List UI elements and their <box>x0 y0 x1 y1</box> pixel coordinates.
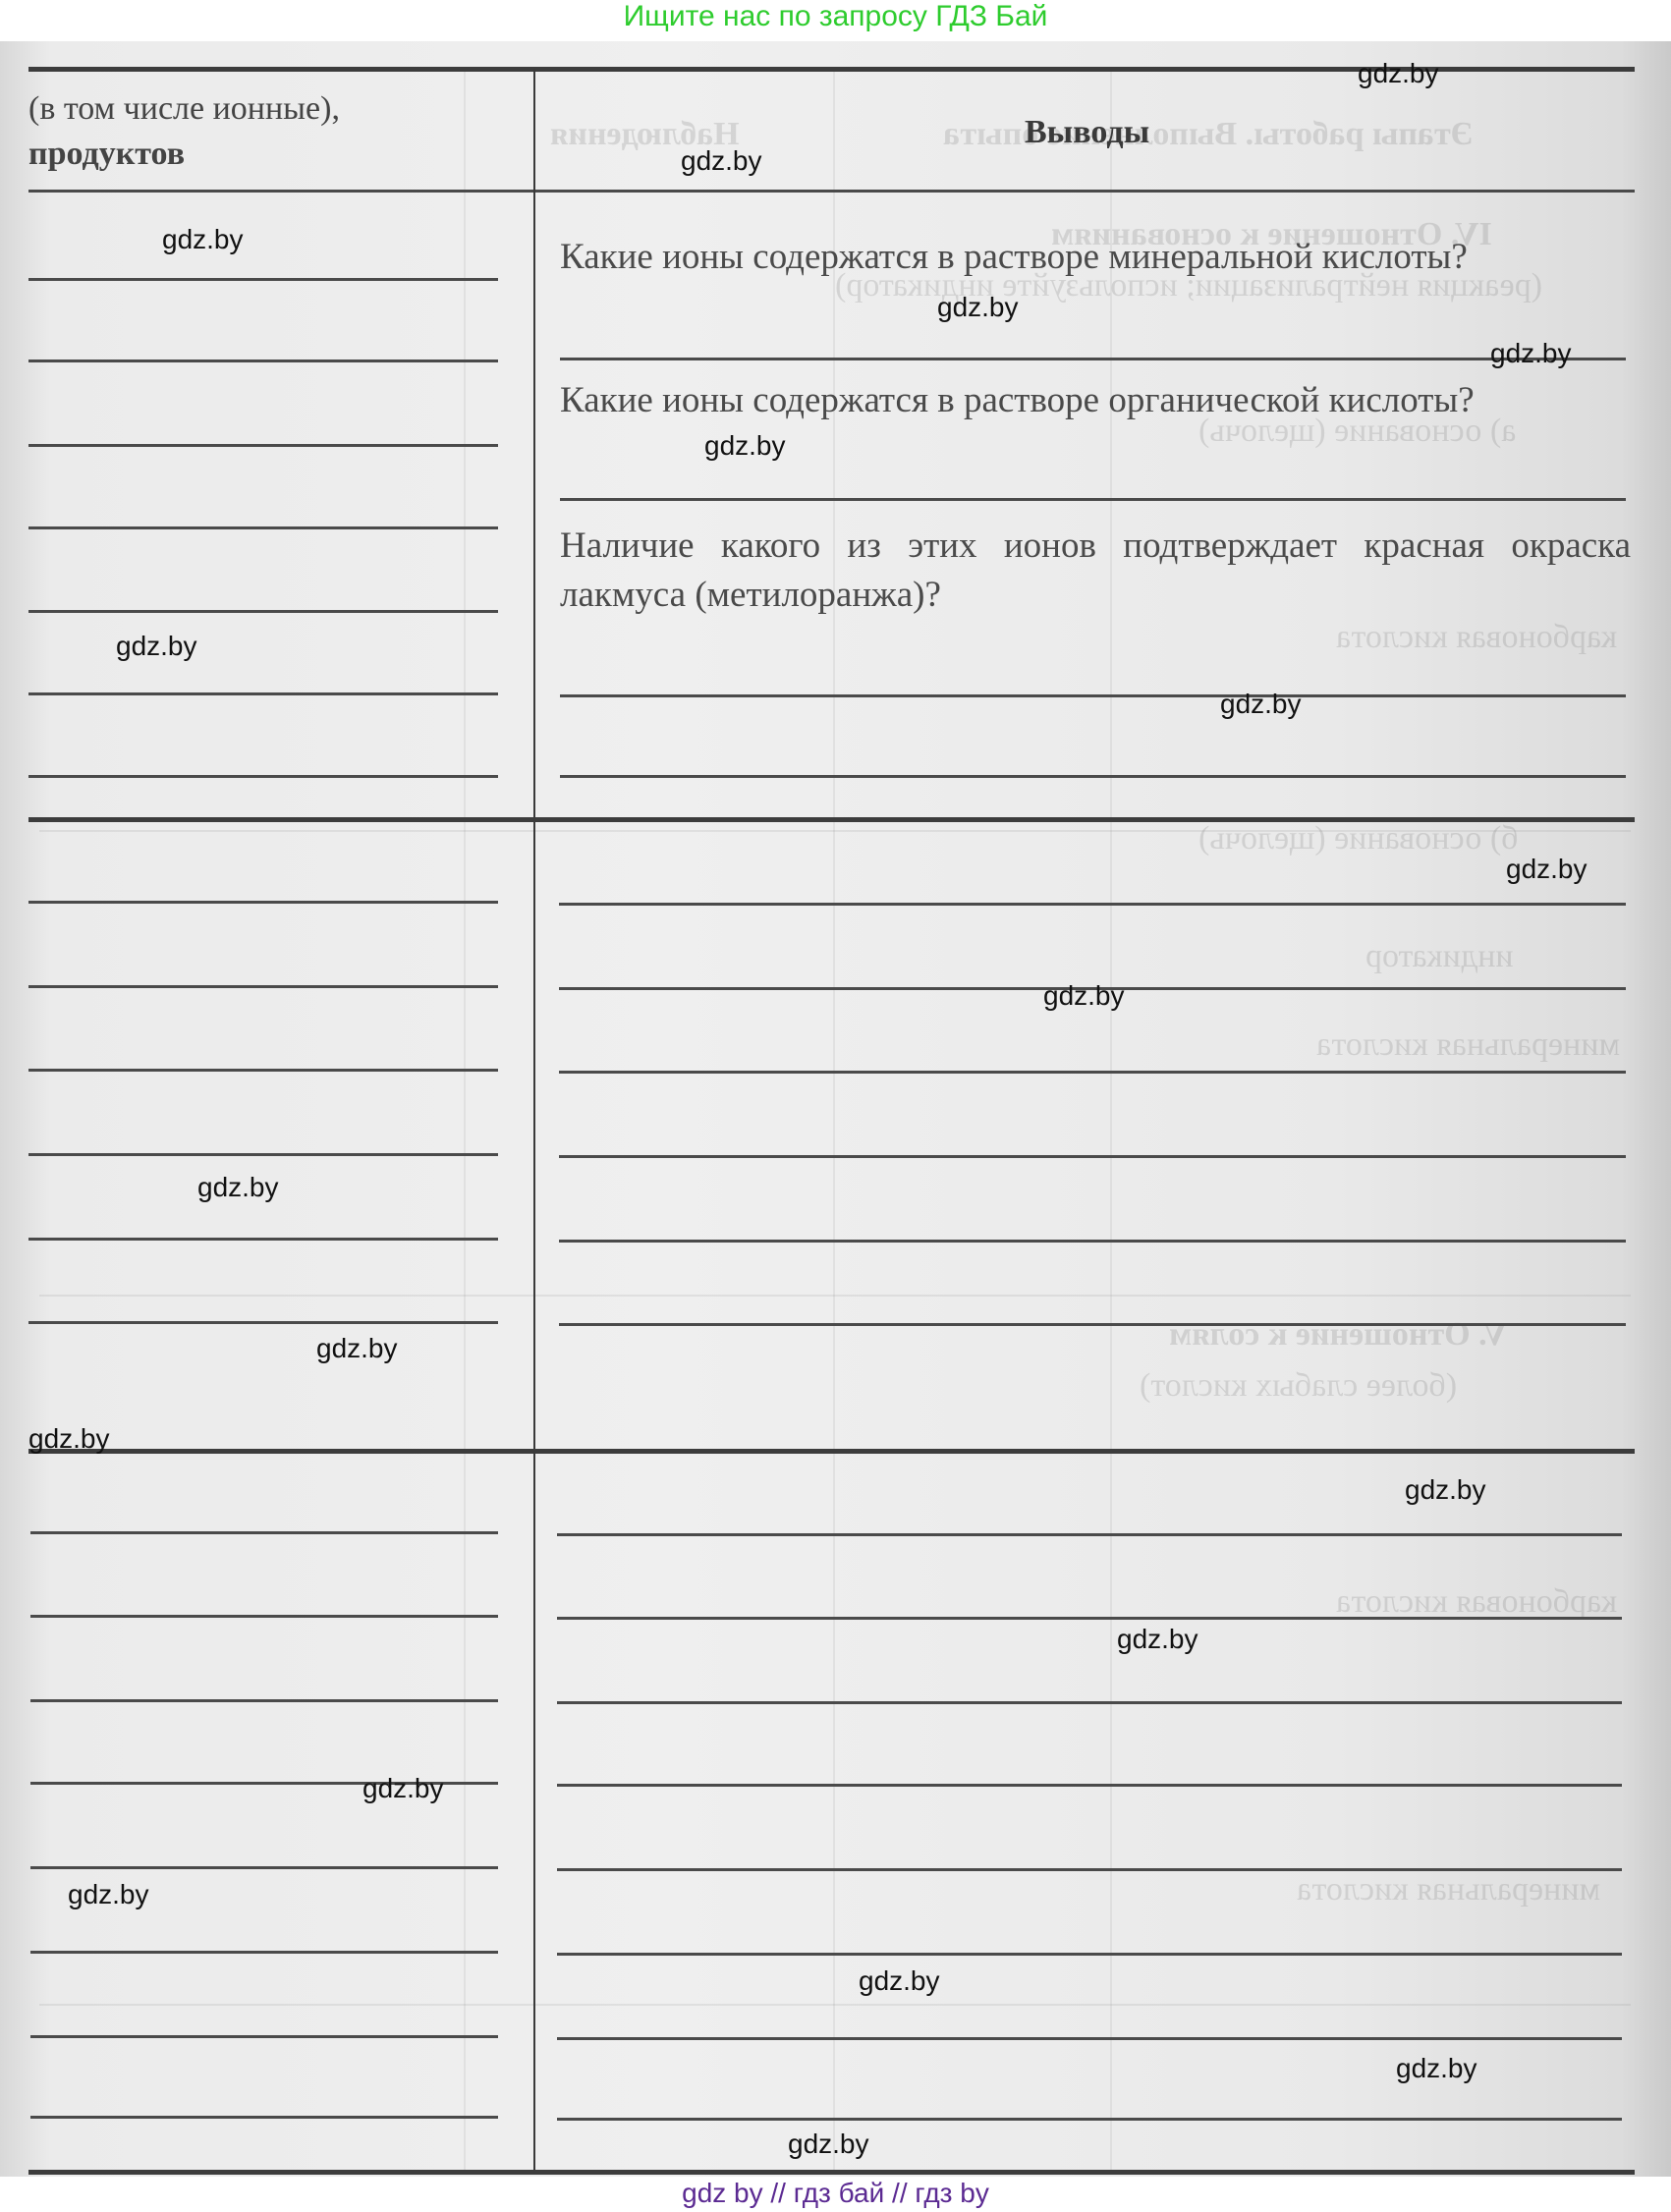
answer-line[interactable] <box>559 1155 1626 1158</box>
bleed-column-line <box>464 68 466 2170</box>
bleed-text: б) основание (щелочь) <box>1198 820 1519 857</box>
watermark: gdz.by <box>681 146 762 176</box>
bleed-text: V. Отношение к солям <box>1169 1316 1507 1354</box>
answer-line[interactable] <box>28 1321 498 1324</box>
watermark: gdz.by <box>1506 855 1587 884</box>
answer-line[interactable] <box>30 1866 498 1869</box>
watermark: gdz.by <box>316 1334 398 1363</box>
answer-line[interactable] <box>557 1953 1622 1956</box>
answer-line[interactable] <box>28 775 498 778</box>
answer-line[interactable] <box>28 526 498 529</box>
answer-line[interactable] <box>557 1701 1622 1704</box>
question-litmus-ion: Наличие какого из этих ионов подтверждае… <box>560 522 1631 620</box>
watermark: gdz.by <box>28 1424 110 1454</box>
watermark: gdz.by <box>788 2129 869 2159</box>
bleed-line <box>39 830 1631 832</box>
answer-line[interactable] <box>557 1533 1622 1536</box>
watermark: gdz.by <box>704 431 786 461</box>
watermark: gdz.by <box>1396 2054 1477 2083</box>
section-divider <box>28 1449 1635 1454</box>
left-column-header-line1: (в том числе ионные), <box>28 86 340 132</box>
bleed-line <box>39 2004 1631 2006</box>
bleed-text: минеральная кислота <box>1316 1026 1620 1064</box>
watermark: gdz.by <box>162 225 244 254</box>
watermark: gdz.by <box>1220 690 1302 719</box>
answer-line[interactable] <box>28 692 498 695</box>
section-divider <box>28 817 1635 822</box>
watermark: gdz.by <box>859 1966 940 1996</box>
column-divider <box>533 69 535 2173</box>
answer-line[interactable] <box>557 1868 1622 1871</box>
answer-line[interactable] <box>28 610 498 613</box>
watermark: gdz.by <box>1043 981 1125 1011</box>
answer-line[interactable] <box>28 444 498 447</box>
watermark: gdz.by <box>937 293 1019 322</box>
answer-line[interactable] <box>557 2118 1622 2121</box>
watermark: gdz.by <box>68 1880 149 1909</box>
watermark: gdz.by <box>116 632 197 661</box>
bleed-text: Этапы работы. Выполнение опыта <box>943 116 1474 153</box>
answer-line[interactable] <box>560 358 1626 360</box>
answer-line[interactable] <box>28 359 498 362</box>
answer-line[interactable] <box>30 1951 498 1954</box>
answer-line[interactable] <box>559 903 1626 906</box>
bleed-text: (более слабых кислот) <box>1140 1367 1457 1405</box>
watermark: gdz.by <box>1405 1475 1486 1505</box>
answer-line[interactable] <box>559 1240 1626 1243</box>
answer-line[interactable] <box>28 901 498 904</box>
answer-line[interactable] <box>557 1784 1622 1787</box>
watermark: gdz.by <box>362 1774 444 1803</box>
bleed-line <box>39 1295 1631 1297</box>
bleed-text: индикатор <box>1365 938 1514 975</box>
answer-line[interactable] <box>30 2035 498 2038</box>
question-organic-acid-ions: Какие ионы содержатся в растворе органич… <box>560 376 1631 425</box>
answer-line[interactable] <box>28 1153 498 1156</box>
footer-links[interactable]: gdz by // гдз бай // гдз by <box>0 2177 1671 2212</box>
bleed-text: минеральная кислота <box>1297 1871 1600 1908</box>
answer-line[interactable] <box>28 278 498 281</box>
question-mineral-acid-ions: Какие ионы содержатся в растворе минерал… <box>560 233 1631 282</box>
left-column-header-line2: продуктов <box>28 132 185 177</box>
answer-line[interactable] <box>559 1323 1626 1326</box>
header-bottom-border <box>28 190 1635 193</box>
right-column-header: Выводы <box>1025 110 1149 155</box>
answer-line[interactable] <box>560 498 1626 501</box>
answer-line[interactable] <box>30 1615 498 1618</box>
watermark: gdz.by <box>197 1173 279 1202</box>
answer-line[interactable] <box>30 1699 498 1702</box>
watermark: gdz.by <box>1490 339 1572 368</box>
answer-line[interactable] <box>557 2037 1622 2040</box>
search-banner[interactable]: Ищите нас по запросу ГДЗ Бай <box>0 0 1671 39</box>
answer-line[interactable] <box>30 2116 498 2119</box>
answer-line[interactable] <box>560 694 1626 697</box>
answer-line[interactable] <box>28 1069 498 1072</box>
answer-line[interactable] <box>28 985 498 988</box>
watermark: gdz.by <box>1117 1625 1198 1654</box>
bleed-text: карбоновая кислота <box>1336 1583 1617 1621</box>
answer-line[interactable] <box>557 1617 1622 1620</box>
answer-line[interactable] <box>560 775 1626 778</box>
table-bottom-border <box>28 2170 1635 2175</box>
answer-line[interactable] <box>28 1238 498 1241</box>
watermark: gdz.by <box>1358 59 1439 88</box>
answer-line[interactable] <box>30 1531 498 1534</box>
answer-line[interactable] <box>559 1071 1626 1074</box>
bleed-text: карбоновая кислота <box>1336 619 1617 656</box>
